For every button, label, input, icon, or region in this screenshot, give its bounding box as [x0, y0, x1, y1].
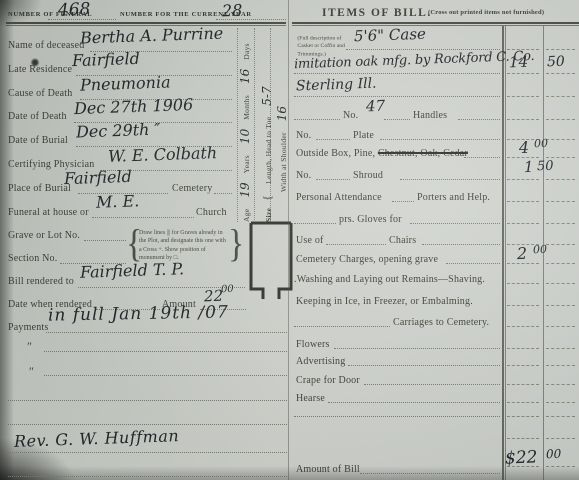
- plate-no-label: No.: [296, 131, 311, 142]
- field-amount-cents: 00: [221, 285, 234, 295]
- rule: [8, 400, 287, 401]
- rule: [294, 326, 390, 327]
- amount-dollars-cell-line: [507, 263, 539, 264]
- size-brace: {: [260, 195, 274, 201]
- clergy-signature: Rev. G. W. Huffman: [14, 428, 180, 450]
- amount-cents-cell-line: [546, 96, 575, 97]
- size-length-value: 5-7: [260, 86, 274, 105]
- double-rule: [6, 22, 286, 24]
- cemetery-cents: 00: [533, 244, 547, 255]
- grave-note: Draw lines ||| for Graves already in the…: [139, 229, 227, 263]
- outside-box-label-text: Outside Box, Pine,: [296, 148, 378, 159]
- field-funeral-at-label: Funeral at house or: [8, 208, 89, 219]
- outside-box-struck-options: Chestnut, Oak, Cedar: [378, 148, 468, 159]
- field-burial-place-value: Fairfield: [64, 169, 132, 187]
- attendance-label2: Porters and Help.: [417, 193, 490, 204]
- age-label: Age: [242, 209, 251, 222]
- amount-of-bill-cents: 00: [546, 448, 562, 461]
- field-cause-label: Cause of Death: [8, 89, 72, 100]
- bill-title: ITEMS OF BILL.: [322, 7, 432, 19]
- field-death-date-label: Date of Death: [8, 112, 67, 123]
- rule: [44, 375, 287, 376]
- rule: [8, 424, 287, 425]
- field-residence-label: Late Residence: [8, 65, 72, 76]
- rule: [380, 139, 500, 140]
- amount-cents-cell-line: [546, 244, 575, 245]
- field-burial-date-label: Date of Burial: [8, 136, 68, 147]
- age-days-label: Days: [242, 43, 251, 60]
- rule: [326, 244, 386, 245]
- amount-dollars-cell-line: [507, 384, 539, 385]
- field-section-label: Section No.: [8, 254, 57, 265]
- amount-of-bill-dollars: $22: [505, 449, 538, 467]
- age-line: Age 19 Years 10 Months 16 Days: [236, 36, 254, 222]
- amount-cents-cell-line: [546, 49, 575, 50]
- amount-cents-cell-line: [546, 348, 575, 349]
- size-length-label: Length, Head to Toe: [264, 117, 273, 184]
- amount-dollars-cell-line: [507, 402, 539, 403]
- rule: [400, 179, 500, 180]
- rule: [360, 473, 500, 474]
- field-bill-rendered-label: Bill rendered to: [8, 277, 74, 288]
- rule: [364, 384, 500, 385]
- double-rule: [292, 25, 579, 26]
- double-rule: [292, 22, 579, 24]
- amount-dollars-cell-line: [507, 305, 539, 306]
- amount-of-bill-label: Amount of Bill: [296, 465, 360, 476]
- handles-no-value: 47: [366, 99, 386, 115]
- flowers-label: Flowers: [296, 340, 330, 351]
- rule: [458, 119, 500, 120]
- casket-dollars: 14: [509, 55, 529, 71]
- shroud-cents: 50: [537, 160, 554, 174]
- amount-dollars-cell-line: [507, 348, 539, 349]
- rule: [294, 119, 340, 120]
- rule: [294, 96, 500, 97]
- cemetery-charges-label: Cemetery Charges, opening grave: [296, 255, 438, 266]
- field-payments-value: in full Jan 19th /07: [48, 304, 229, 324]
- right-brace: }: [228, 225, 244, 264]
- age-months-label: Months: [242, 95, 251, 120]
- rule: [334, 348, 500, 349]
- amount-cents-cell-line: [546, 402, 575, 403]
- rule: [216, 19, 286, 20]
- rule: [348, 365, 500, 366]
- rule: [92, 217, 194, 218]
- shroud-label: Shroud: [353, 171, 383, 182]
- rule: [384, 119, 410, 120]
- rule: [464, 157, 500, 158]
- gloves-label: prs. Gloves for: [339, 215, 402, 226]
- field-burial-place-label: Place of Burial: [8, 184, 71, 195]
- rule: [294, 416, 500, 417]
- amount-dollars-cell-line: [507, 438, 539, 439]
- shroud-dollars: 1: [524, 160, 534, 175]
- funeral-ledger-photo: Number of Funeral 468 Number for the Cur…: [0, 0, 579, 480]
- amount-dollars-cell-line: [507, 326, 539, 327]
- size-width-label: Width at Shoulder: [279, 132, 288, 192]
- amount-dollars-cell-line: [507, 179, 539, 180]
- size-width-value: 16: [275, 106, 289, 121]
- handles-label: Handles: [413, 111, 447, 122]
- rule: [8, 452, 287, 453]
- ice-label: Keeping in Ice, in Freezer, or Embalming…: [296, 297, 473, 308]
- field-name-label: Name of deceased: [8, 41, 85, 52]
- amount-cents-cell-line: [546, 139, 575, 140]
- casket-cents: 50: [547, 55, 565, 70]
- shroud-no-label: No.: [296, 171, 311, 182]
- hearse-label: Hearse: [296, 394, 325, 405]
- field-cause-value: Pneumonia: [80, 74, 171, 93]
- field-burial-place-suffix: Cemetery: [172, 184, 212, 195]
- field-residence-value: Fairfield: [72, 51, 140, 69]
- bill-title-note: (Cross out printed items not furnished): [428, 10, 544, 17]
- amount-cents-cell-line: [546, 263, 575, 264]
- amount-dollars-cell-line: [507, 416, 539, 417]
- amount-dollars-cell-line: [507, 73, 539, 74]
- outside-box-cents: 00: [534, 138, 548, 149]
- amount-dollars-cell-line: [507, 201, 539, 202]
- amount-dollars-cell-line: [507, 96, 539, 97]
- rule: [328, 402, 500, 403]
- rule: [446, 263, 500, 264]
- rule: [8, 476, 287, 477]
- rule: [48, 19, 116, 20]
- rule: [254, 28, 255, 222]
- amount-cents-cell-line: [546, 223, 575, 224]
- outside-box-label: Outside Box, Pine, Chestnut, Oak, Cedar: [296, 149, 468, 160]
- amount-cents-cell-line: [546, 73, 575, 74]
- money-column-rule: [502, 26, 504, 480]
- amount-cents-cell-line: [546, 416, 575, 417]
- rule: [214, 193, 232, 194]
- field-payments-label: Payments: [8, 323, 49, 334]
- amount-cents-cell-line: [546, 283, 575, 284]
- funeral-number-value: 468: [58, 1, 91, 19]
- handles-no-label: No.: [343, 111, 358, 122]
- age-days-value: 16: [238, 69, 252, 84]
- age-months-value: 10: [238, 129, 252, 144]
- age-years-label: Years: [242, 155, 251, 173]
- rule: [84, 240, 126, 241]
- rule: [44, 351, 287, 352]
- advertising-label: Advertising: [296, 357, 345, 368]
- amount-cents-cell-line: [546, 384, 575, 385]
- casket-line3: Sterling Ill.: [296, 77, 377, 94]
- amount-cents-cell-line: [546, 305, 575, 306]
- amount-dollars-cell-line: [507, 365, 539, 366]
- page-divider: [288, 0, 289, 480]
- field-physician-value: W. E. Colbath: [108, 145, 218, 165]
- field-grave-lot-label: Grave or Lot No.: [8, 231, 80, 242]
- size-label: Size: [264, 208, 273, 222]
- crape-label: Crape for Door: [296, 376, 360, 387]
- field-burial-date-value: Dec 29th ″: [76, 122, 161, 141]
- cemetery-dollars: 2: [517, 246, 528, 262]
- amount-cents-cell-line: [546, 466, 575, 467]
- rule: [294, 223, 336, 224]
- plate-label: Plate: [353, 131, 374, 142]
- amount-cents-cell-line: [546, 179, 575, 180]
- field-death-date-value: Dec 27th 1906: [74, 97, 194, 117]
- money-column-rule: [505, 26, 506, 480]
- attendance-label: Personal Attendance: [296, 193, 382, 204]
- ditto-mark: ″: [29, 365, 34, 378]
- field-name-value: Bertha A. Purrine: [80, 26, 224, 47]
- field-funeral-at-suffix: Church: [196, 208, 227, 219]
- amount-dollars-cell-line: [507, 283, 539, 284]
- year-number-value: 28: [222, 3, 243, 20]
- amount-cents-cell-line: [546, 119, 575, 120]
- amount-cents-cell-line: [546, 201, 575, 202]
- amount-dollars-cell-line: [507, 223, 539, 224]
- rule: [316, 139, 350, 140]
- rule: [392, 201, 414, 202]
- amount-cents-cell-line: [546, 365, 575, 366]
- chairs-label: Chairs: [389, 236, 416, 247]
- ditto-mark: ″: [27, 340, 32, 353]
- rule: [294, 73, 500, 74]
- rule: [316, 179, 350, 180]
- outside-box-dollars: 4: [519, 140, 530, 156]
- age-years-value: 19: [238, 182, 252, 197]
- rule: [46, 332, 287, 333]
- field-funeral-at-value: M. E.: [96, 193, 140, 211]
- amount-cents-cell-line: [546, 438, 575, 439]
- rule: [422, 244, 500, 245]
- carriages-label: Carriages to Cemetery.: [393, 318, 489, 329]
- casket-line1: 5'6" Case: [354, 27, 426, 44]
- chairs-pre-label: Use of: [296, 236, 324, 247]
- amount-cents-cell-line: [546, 326, 575, 327]
- amount-dollars-cell-line: [507, 119, 539, 120]
- washing-label: .Washing and Laying out Remains—Shaving.: [294, 275, 485, 286]
- rule: [410, 223, 500, 224]
